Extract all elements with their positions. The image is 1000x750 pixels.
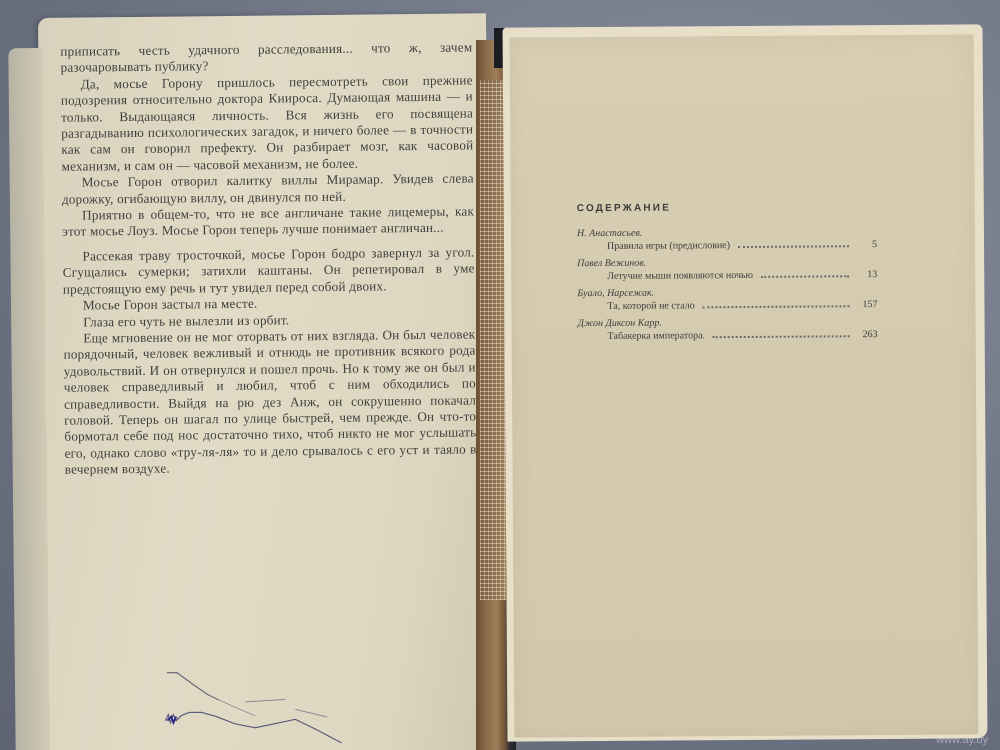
toc-leader-dots: [713, 335, 850, 338]
paragraph: приписать честь удачного расследования..…: [60, 39, 472, 76]
table-of-contents: СОДЕРЖАНИЕ Н. Анастасьев. Правила игры (…: [577, 201, 878, 348]
binding-mesh: [480, 80, 506, 600]
toc-entry: Буало, Нарсежак. Та, которой не стало 15…: [577, 286, 877, 314]
toc-leader-dots: [703, 305, 850, 308]
toc-entry: Н. Анастасьев. Правила игры (предисловие…: [577, 226, 877, 254]
right-book-page: СОДЕРЖАНИЕ Н. Анастасьев. Правила игры (…: [510, 34, 979, 737]
left-book-page: приписать честь удачного расследования..…: [38, 13, 494, 750]
toc-title-text: Летучие мыши появляются ночью: [607, 269, 757, 284]
toc-title-text: Та, которой не стало: [607, 299, 698, 314]
paragraph: Рассекая траву тросточкой, мосье Горон б…: [62, 244, 474, 298]
toc-page-number: 5: [853, 238, 877, 252]
paragraph: Мосье Горон отворил калитку виллы Мирама…: [62, 171, 474, 208]
toc-page-number: 13: [853, 268, 877, 282]
toc-page-number: 157: [853, 298, 877, 312]
toc-page-number: 263: [854, 328, 878, 342]
toc-entry: Джон Диксон Карр. Табакерка императора. …: [578, 316, 878, 344]
toc-title: СОДЕРЖАНИЕ: [577, 201, 877, 214]
toc-entry: Павел Вежинов. Летучие мыши появляются н…: [577, 256, 877, 284]
toc-title-text: Правила игры (предисловие): [607, 239, 734, 254]
paragraph: Еще мгновение он не мог оторвать от них …: [63, 326, 477, 478]
toc-leader-dots: [738, 245, 849, 248]
toc-title-text: Табакерка императора.: [608, 329, 709, 344]
pen-scribble: [145, 655, 366, 750]
toc-leader-dots: [761, 275, 849, 278]
watermark: www.ay.by: [936, 734, 988, 746]
paragraph: Да, мосье Горону пришлось пересмотреть с…: [61, 72, 474, 175]
paragraph: Приятно в общем-то, что не все англичане…: [62, 204, 474, 241]
left-page-text: приписать честь удачного расследования..…: [60, 39, 477, 478]
